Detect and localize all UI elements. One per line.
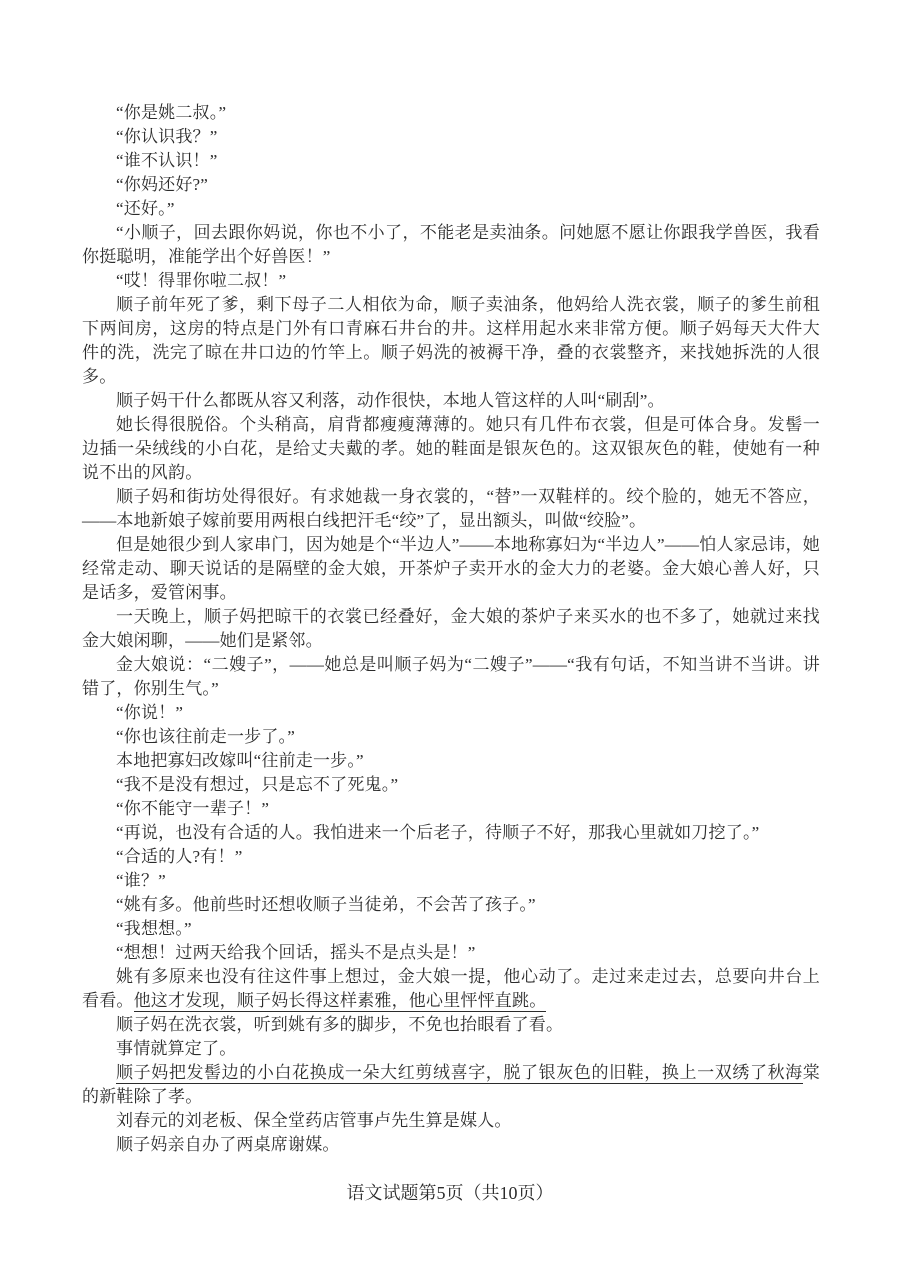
text-segment: 一天晚上，顺子妈把晾干的衣裳已经叠好，金大娘的茶炉子来买水的也不多了，她就过来找…	[82, 607, 820, 650]
paragraph: 顺子妈亲自办了两桌席谢媒。	[82, 1133, 820, 1157]
text-segment: “姚有多。他前些时还想收顺子当徒弟，不会苦了孩子。”	[116, 895, 536, 914]
paragraph: “你不能守一辈子！”	[82, 797, 820, 821]
paragraph: 事情就算定了。	[82, 1037, 820, 1061]
paragraph: “谁不认识！”	[82, 149, 820, 173]
text-segment: 事情就算定了。	[116, 1039, 236, 1058]
text-segment: “你说！”	[116, 703, 183, 722]
paragraph: “你说！”	[82, 701, 820, 725]
paragraph: “小顺子，回去跟你妈说，你也不小了，不能老是卖油条。问她愿不愿让你跟我学兽医，我…	[82, 221, 820, 269]
text-segment: 她长得很脱俗。个头稍高，肩背都瘦瘦薄薄的。她只有几件布衣裳，但是可体合身。发髻一…	[82, 415, 820, 482]
text-segment: 但是她很少到人家串门，因为她是个“半边人”——本地称寡妇为“半边人”——怕人家忌…	[82, 535, 820, 602]
page-footer: 语文试题第5页（共10页）	[0, 1181, 900, 1205]
text-segment: “我不是没有想过，只是忘不了死鬼。”	[116, 775, 398, 794]
text-segment: “合适的人?有！”	[116, 847, 242, 866]
paragraph: “你是姚二叔。”	[82, 101, 820, 125]
paragraph: 顺子前年死了爹，剩下母子二人相依为命，顺子卖油条，他妈给人洗衣裳，顺子的爹生前租…	[82, 293, 820, 389]
paragraph: 刘春元的刘老板、保全堂药店管事卢先生算是媒人。	[82, 1109, 820, 1133]
text-segment: “你也该往前走一步了。”	[116, 727, 295, 746]
text-segment: “想想！过两天给我个回话，摇头不是点头是！”	[116, 943, 476, 962]
exam-page: “你是姚二叔。”“你认识我？”“谁不认识！”“你妈还好?”“还好。”“小顺子，回…	[0, 0, 900, 1275]
text-segment: “哎！得罪你啦二叔！”	[116, 271, 286, 290]
paragraph: 金大娘说：“二嫂子”，——她总是叫顺子妈为“二嫂子”——“我有句话，不知当讲不当…	[82, 653, 820, 701]
paragraph: “你认识我？”	[82, 125, 820, 149]
text-segment: “你不能守一辈子！”	[116, 799, 269, 818]
text-segment: 顺子妈亲自办了两桌席谢媒。	[116, 1135, 340, 1154]
text-segment: 顺子妈干什么都既从容又利落，动作很快，本地人管这样的人叫“刷刮”。	[116, 391, 665, 410]
underlined-text: 他这才发现，顺子妈长得这样素雅，他心里怦怦直跳。	[134, 991, 547, 1012]
paragraph: “我想想。”	[82, 917, 820, 941]
text-segment: 顺子前年死了爹，剩下母子二人相依为命，顺子卖油条，他妈给人洗衣裳，顺子的爹生前租…	[82, 295, 820, 386]
text-segment: “你认识我？”	[116, 127, 218, 146]
text-segment: “你妈还好?”	[116, 175, 208, 194]
paragraph: 但是她很少到人家串门，因为她是个“半边人”——本地称寡妇为“半边人”——怕人家忌…	[82, 533, 820, 605]
paragraph: 顺子妈在洗衣裳，听到姚有多的脚步，不免也抬眼看了看。	[82, 1013, 820, 1037]
document-body: “你是姚二叔。”“你认识我？”“谁不认识！”“你妈还好?”“还好。”“小顺子，回…	[82, 101, 820, 1157]
text-segment: “再说，也没有合适的人。我怕进来一个后老子，待顺子不好，那我心里就如刀挖了。”	[116, 823, 759, 842]
underlined-text: 顺子妈把发髻边的小白花换成一朵大红剪绒喜字，脱了银灰色的旧鞋，换上一双绣了秋海	[116, 1063, 803, 1084]
text-segment: 金大娘说：“二嫂子”，——她总是叫顺子妈为“二嫂子”——“我有句话，不知当讲不当…	[82, 655, 820, 698]
text-segment: “你是姚二叔。”	[116, 103, 226, 122]
paragraph: 顺子妈和街坊处得很好。有求她裁一身衣裳的，“替”一双鞋样的。绞个脸的，她无不答应…	[82, 485, 820, 533]
paragraph: “合适的人?有！”	[82, 845, 820, 869]
paragraph: “你妈还好?”	[82, 173, 820, 197]
text-segment: “我想想。”	[116, 919, 192, 938]
paragraph: “想想！过两天给我个回话，摇头不是点头是！”	[82, 941, 820, 965]
text-segment: 本地把寡妇改嫁叫“往前走一步。”	[116, 751, 364, 770]
paragraph: 本地把寡妇改嫁叫“往前走一步。”	[82, 749, 820, 773]
paragraph: 姚有多原来也没有往这件事上想过，金大娘一提，他心动了。走过来走过去，总要向井台上…	[82, 965, 820, 1013]
text-segment: “小顺子，回去跟你妈说，你也不小了，不能老是卖油条。问她愿不愿让你跟我学兽医，我…	[82, 223, 820, 266]
paragraph: 顺子妈把发髻边的小白花换成一朵大红剪绒喜字，脱了银灰色的旧鞋，换上一双绣了秋海棠…	[82, 1061, 820, 1109]
text-segment: “谁？”	[116, 871, 166, 890]
paragraph: “你也该往前走一步了。”	[82, 725, 820, 749]
text-segment: “谁不认识！”	[116, 151, 218, 170]
paragraph: “我不是没有想过，只是忘不了死鬼。”	[82, 773, 820, 797]
paragraph: 一天晚上，顺子妈把晾干的衣裳已经叠好，金大娘的茶炉子来买水的也不多了，她就过来找…	[82, 605, 820, 653]
text-segment: 顺子妈在洗衣裳，听到姚有多的脚步，不免也抬眼看了看。	[116, 1015, 563, 1034]
page-number-label: 语文试题第5页（共10页）	[347, 1183, 554, 1203]
paragraph: 她长得很脱俗。个头稍高，肩背都瘦瘦薄薄的。她只有几件布衣裳，但是可体合身。发髻一…	[82, 413, 820, 485]
paragraph: “哎！得罪你啦二叔！”	[82, 269, 820, 293]
text-segment: 顺子妈和街坊处得很好。有求她裁一身衣裳的，“替”一双鞋样的。绞个脸的，她无不答应…	[82, 487, 820, 530]
paragraph: “再说，也没有合适的人。我怕进来一个后老子，待顺子不好，那我心里就如刀挖了。”	[82, 821, 820, 845]
paragraph: “还好。”	[82, 197, 820, 221]
paragraph: “姚有多。他前些时还想收顺子当徒弟，不会苦了孩子。”	[82, 893, 820, 917]
text-segment: “还好。”	[116, 199, 175, 218]
paragraph: 顺子妈干什么都既从容又利落，动作很快，本地人管这样的人叫“刷刮”。	[82, 389, 820, 413]
text-segment: 刘春元的刘老板、保全堂药店管事卢先生算是媒人。	[116, 1111, 512, 1130]
paragraph: “谁？”	[82, 869, 820, 893]
